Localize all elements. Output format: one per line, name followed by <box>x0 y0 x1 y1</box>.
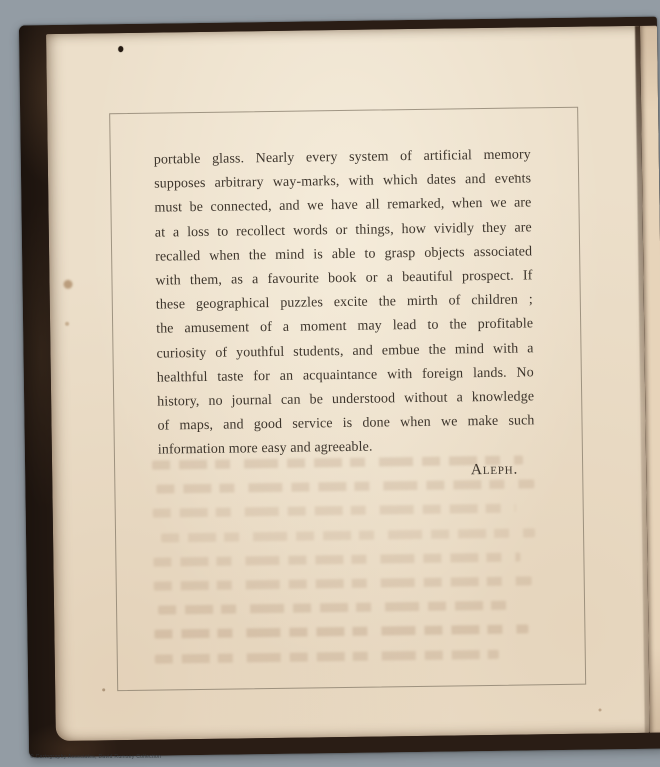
bleedthrough-line <box>153 504 516 518</box>
paper-speck <box>102 688 105 691</box>
bleedthrough-text <box>152 455 537 678</box>
bleedthrough-line <box>156 480 534 494</box>
scan-background: portable glass. Nearly every system of a… <box>0 0 660 767</box>
bleedthrough-line <box>154 576 532 590</box>
ink-speck <box>118 46 123 52</box>
book-cover: portable glass. Nearly every system of a… <box>19 17 660 758</box>
paper-speck <box>514 175 517 177</box>
paper-speck <box>599 708 602 711</box>
foxing-spot <box>65 322 69 326</box>
bleedthrough-line <box>153 552 520 566</box>
collection-watermark: © Cartography Associates, David Rumsey C… <box>30 754 161 760</box>
foxing-spot <box>63 280 72 289</box>
bleedthrough-line <box>155 649 499 663</box>
bleedthrough-line <box>158 601 517 615</box>
bleedthrough-line <box>154 625 528 639</box>
book-page: portable glass. Nearly every system of a… <box>46 26 650 741</box>
bleedthrough-line <box>161 528 535 542</box>
page-text-block: portable glass. Nearly every system of a… <box>154 143 536 487</box>
